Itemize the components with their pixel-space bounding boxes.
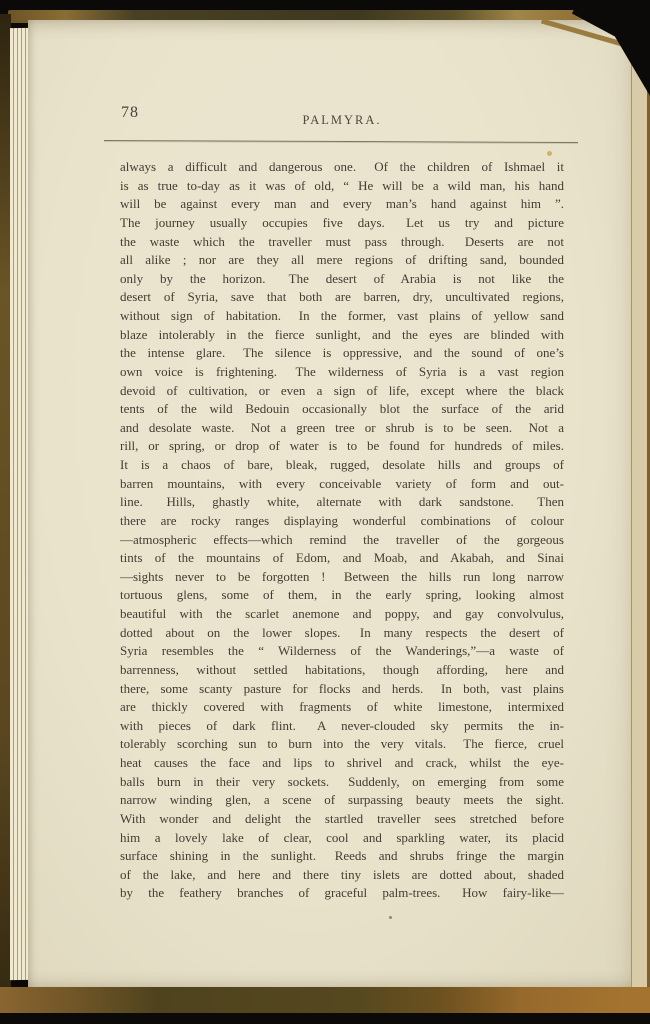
book-page: 78 PALMYRA. always a difficult and dange… [28, 20, 650, 990]
text-line: will be against every man and every man’… [120, 195, 564, 214]
text-line: tortuous glens, some of them, in the ear… [120, 586, 564, 605]
page-text: always a difficult and dangerous one. Of… [120, 158, 564, 903]
text-line: there are rocky ranges displaying wonder… [120, 512, 564, 531]
text-line: barrenness, without settled habitations,… [120, 661, 564, 680]
text-line: tints of the mountains of Edom, and Moab… [120, 549, 564, 568]
text-line: without sign of habitation. In the forme… [120, 307, 564, 326]
dust-speck [389, 916, 392, 919]
text-line: with pieces of dark flint. A never-cloud… [120, 717, 564, 736]
text-line: of the lake, and here and there tiny isl… [120, 866, 564, 885]
text-line: dotted about on the lower slopes. In man… [120, 624, 564, 643]
text-line: only by the horizon. The desert of Arabi… [120, 270, 564, 289]
photo-background: 78 PALMYRA. always a difficult and dange… [0, 0, 650, 1024]
text-line: barren mountains, with every conceivable… [120, 475, 564, 494]
text-line: The journey usually occupies five days. … [120, 214, 564, 233]
stain-speck [547, 151, 552, 156]
text-line: the intense glare. The silence is oppres… [120, 344, 564, 363]
text-line: line. Hills, ghastly white, alternate wi… [120, 493, 564, 512]
text-line: always a difficult and dangerous one. Of… [120, 158, 564, 177]
text-line: tents of the wild Bedouin occasionally b… [120, 400, 564, 419]
text-line: are thickly covered with fragments of wh… [120, 698, 564, 717]
text-line: rill, or spring, or drop of water is to … [120, 437, 564, 456]
text-line: narrow winding glen, a scene of surpassi… [120, 791, 564, 810]
running-title: PALMYRA. [120, 113, 564, 128]
text-line: all alike ; nor are they all mere region… [120, 251, 564, 270]
text-line: tolerably scorching sun to burn into the… [120, 735, 564, 754]
text-line: —sights never to be forgotten ! Between … [120, 568, 564, 587]
text-line: there, some scanty pasture for flocks an… [120, 680, 564, 699]
text-line: It is a chaos of bare, bleak, rugged, de… [120, 456, 564, 475]
text-line: the waste which the traveller must pass … [120, 233, 564, 252]
text-line: Syria resembles the “ Wilderness of the … [120, 642, 564, 661]
text-line: With wonder and delight the startled tra… [120, 810, 564, 829]
text-line: heat causes the face and lips to shrivel… [120, 754, 564, 773]
text-line: surface shining in the sunlight. Reeds a… [120, 847, 564, 866]
text-line: is as true to-day as it was of old, “ He… [120, 177, 564, 196]
book-bottom-edge [0, 987, 650, 1013]
gutter-next-page-edge [631, 58, 650, 988]
header-rule [104, 140, 578, 143]
text-line: by the feathery branches of graceful pal… [120, 884, 564, 903]
text-line: and desolate waste. Not a green tree or … [120, 419, 564, 438]
text-line: own voice is frightening. The wilderness… [120, 363, 564, 382]
text-line: him a lovely lake of clear, cool and spa… [120, 829, 564, 848]
text-line: devoid of cultivation, or even a sign of… [120, 382, 564, 401]
text-line: beautiful with the scarlet anemone and p… [120, 605, 564, 624]
text-line: balls burn in their very sockets. Sudden… [120, 773, 564, 792]
text-line: —atmospheric effects—which remind the tr… [120, 531, 564, 550]
text-line: blaze intolerably in the fierce sunlight… [120, 326, 564, 345]
text-line: desert of Syria, save that both are barr… [120, 288, 564, 307]
